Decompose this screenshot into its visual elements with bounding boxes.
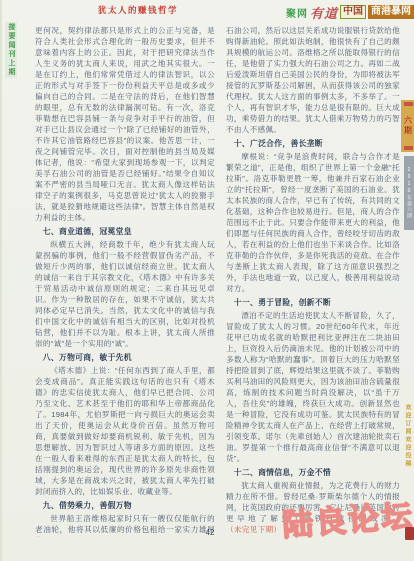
logo-script-text: 有道 bbox=[310, 3, 338, 22]
issue-banner: 六期 bbox=[401, 100, 414, 152]
site-logo: 聚网 有道 中国 商港暴网 bbox=[286, 3, 414, 21]
section-heading: 十、广泛合作，善长垄断 bbox=[226, 138, 400, 149]
issue-label: 六期 bbox=[403, 116, 414, 136]
body-paragraph: 石油公司，然后以这层关系成功说服银行贷款给他购得新油轮。照此如法炮制，他很快有了… bbox=[226, 25, 400, 135]
body-paragraph: 更何况，契约律法都只是形式上的公正与完备，是符合人类社会形式合理化的一般历史要求… bbox=[35, 25, 215, 223]
logo-green-text: 聚网 bbox=[286, 5, 308, 20]
issue-banner-top-mark bbox=[404, 102, 413, 106]
issue-banner-bottom-mark bbox=[404, 146, 413, 150]
page-number: 42 bbox=[198, 528, 222, 537]
page-title: 犹太人的赚钱哲学 bbox=[70, 4, 206, 16]
body-paragraph: 漂泊不定的生活迫使犹太人不断冒险，久了，冒险成了犹太人的习惯。20世纪60年代末… bbox=[226, 310, 400, 464]
article-body: 更何况，契约律法都只是形式上的公正与完备，是符合人类社会形式合理化的一般历史要求… bbox=[35, 25, 400, 537]
logo-sitename-box: 商港暴网 bbox=[368, 5, 414, 19]
body-paragraph: 纵横五大洲，经商数千年，绝少有犹太商人玩蒙拐骗的事例，他们一般不经营假冒伪劣产品… bbox=[35, 239, 215, 349]
section-heading: 十二、商情信息，万金不惜 bbox=[226, 467, 400, 478]
text-column-right: 石油公司，然后以这层关系成功说服银行贷款给他购得新油轮。照此如法炮制，他很快有了… bbox=[226, 25, 400, 537]
body-paragraph: 摩根说：“竞争是浪费时间，联合与合作才是繁荣之道”，正是他，组织了世界上第一个金… bbox=[226, 151, 400, 294]
gray-vertical-bar: 2010年第六期 bbox=[404, 156, 414, 230]
logo-china-box: 中国 bbox=[340, 5, 366, 19]
section-heading: 十一、勇于冒险，创新不断 bbox=[226, 297, 400, 308]
gold-vertical-text: 欢迎订阅欢迎投稿 bbox=[403, 404, 412, 484]
continued-note: （未完见下期） bbox=[226, 525, 281, 534]
text-column-left: 更何况，契约律法都只是形式上的公正与完备，是符合人类社会形式合理化的一般历史要求… bbox=[35, 25, 215, 537]
section-heading: 八、万物可商，敏于先机 bbox=[35, 352, 215, 363]
red-corner-mark bbox=[405, 527, 414, 540]
left-margin-label: 接要闻刊上期 bbox=[5, 22, 17, 78]
section-heading: 七、商业道德，冠冕堂皇 bbox=[35, 226, 215, 237]
scanned-magazine-page: 犹太人的赚钱哲学 聚网 有道 中国 商港暴网 接要闻刊上期 更何况，契约律法都只… bbox=[0, 0, 414, 561]
section-heading: 九、借势乘力，善假万物 bbox=[35, 500, 215, 511]
gray-bar-text: 2010年第六期 bbox=[404, 167, 414, 219]
body-paragraph: 世界船王洛维格起家时只有一艘仅仅能航行的老油轮，他将其以低廉的价格包租给一家实力… bbox=[35, 513, 215, 537]
forum-watermark: 陆良论坛 bbox=[281, 490, 414, 544]
body-paragraph: 《塔木德》上说：“任何东西到了商人手里，都会变成商品”。真正能实践这句话的也只有… bbox=[35, 365, 215, 497]
